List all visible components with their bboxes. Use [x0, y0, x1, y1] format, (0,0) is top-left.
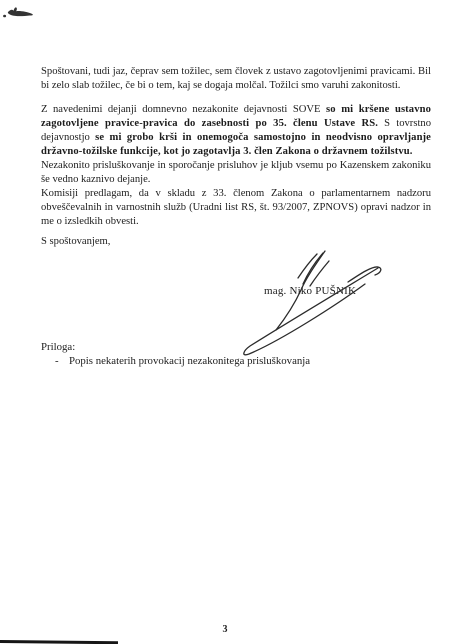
ink-smudge-artifact	[2, 5, 36, 22]
attachment-item-text: Popis nekaterih provokacij nezakonitega …	[69, 355, 310, 367]
page-number: 3	[218, 624, 232, 635]
attachment-list-item: -Popis nekaterih provokacij nezakonitega…	[41, 355, 310, 368]
scan-edge-artifact	[0, 640, 118, 644]
paragraph-criminal-code: Nezakonito prisluškovanje in sporočanje …	[41, 159, 431, 187]
allegation-intro: Z navedenimi dejanji domnevno nezakonite…	[41, 104, 326, 115]
attachment-heading: Priloga:	[41, 341, 310, 354]
paragraph-greeting: Spoštovani, tudi jaz, čeprav sem tožilec…	[41, 65, 431, 93]
paragraph-allegation: Z navedenimi dejanji domnevno nezakonite…	[41, 103, 431, 159]
signature-hatch-stroke	[310, 261, 329, 286]
attachment-section: Priloga: -Popis nekaterih provokacij nez…	[41, 341, 310, 368]
signature-descender-stroke	[276, 251, 325, 330]
attachment-bullet: -	[55, 355, 69, 368]
allegation-bold-function: se mi grobo krši in onemogoča samostojno…	[41, 132, 431, 157]
paragraph-commission-request: Komisiji predlagam, da v skladu z 33. čl…	[41, 187, 431, 229]
document-page: Spoštovani, tudi jaz, čeprav sem tožilec…	[0, 0, 459, 644]
